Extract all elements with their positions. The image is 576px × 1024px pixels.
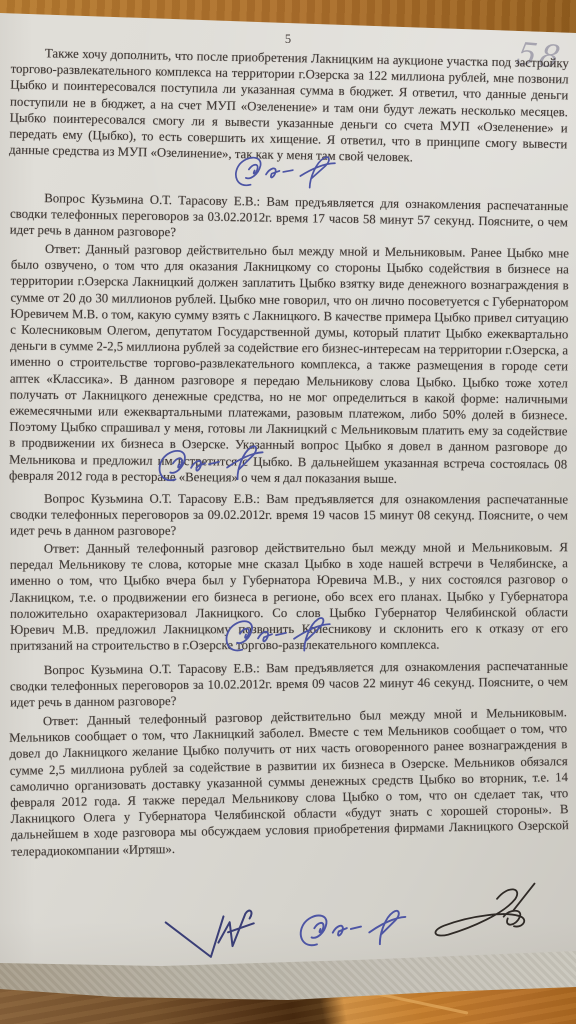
page-number: 5 bbox=[0, 32, 576, 47]
signature-dark-blue-icon bbox=[159, 907, 265, 969]
paragraph-answer-1: Ответ: Данный разговор действительно был… bbox=[9, 241, 569, 489]
signature-blue-icon bbox=[289, 904, 423, 955]
signature-icon bbox=[222, 150, 355, 194]
signature-icon bbox=[147, 440, 280, 489]
signature-icon bbox=[215, 612, 348, 658]
paragraph-question-1: Вопрос Кузьмина О.Т. Тарасову Е.В.: Вам … bbox=[10, 190, 569, 247]
paragraph-answer-3: Ответ: Данный телефонный разговор действ… bbox=[9, 704, 569, 860]
typed-text-block: Также хочу дополнить, что после приобрет… bbox=[10, 50, 568, 855]
document-page: 5 58 Также хочу дополнить, что после при… bbox=[0, 0, 576, 1024]
paragraph-question-2: Вопрос Кузьмина О.Т. Тарасову Е.В.: Вам … bbox=[10, 491, 568, 541]
photo-of-document: 5 58 Также хочу дополнить, что после при… bbox=[0, 0, 576, 1024]
paragraph-question-3: Вопрос Кузьмина О.Т. Тарасову Е.В.: Вам … bbox=[10, 658, 568, 711]
signature-black-icon bbox=[408, 879, 545, 958]
